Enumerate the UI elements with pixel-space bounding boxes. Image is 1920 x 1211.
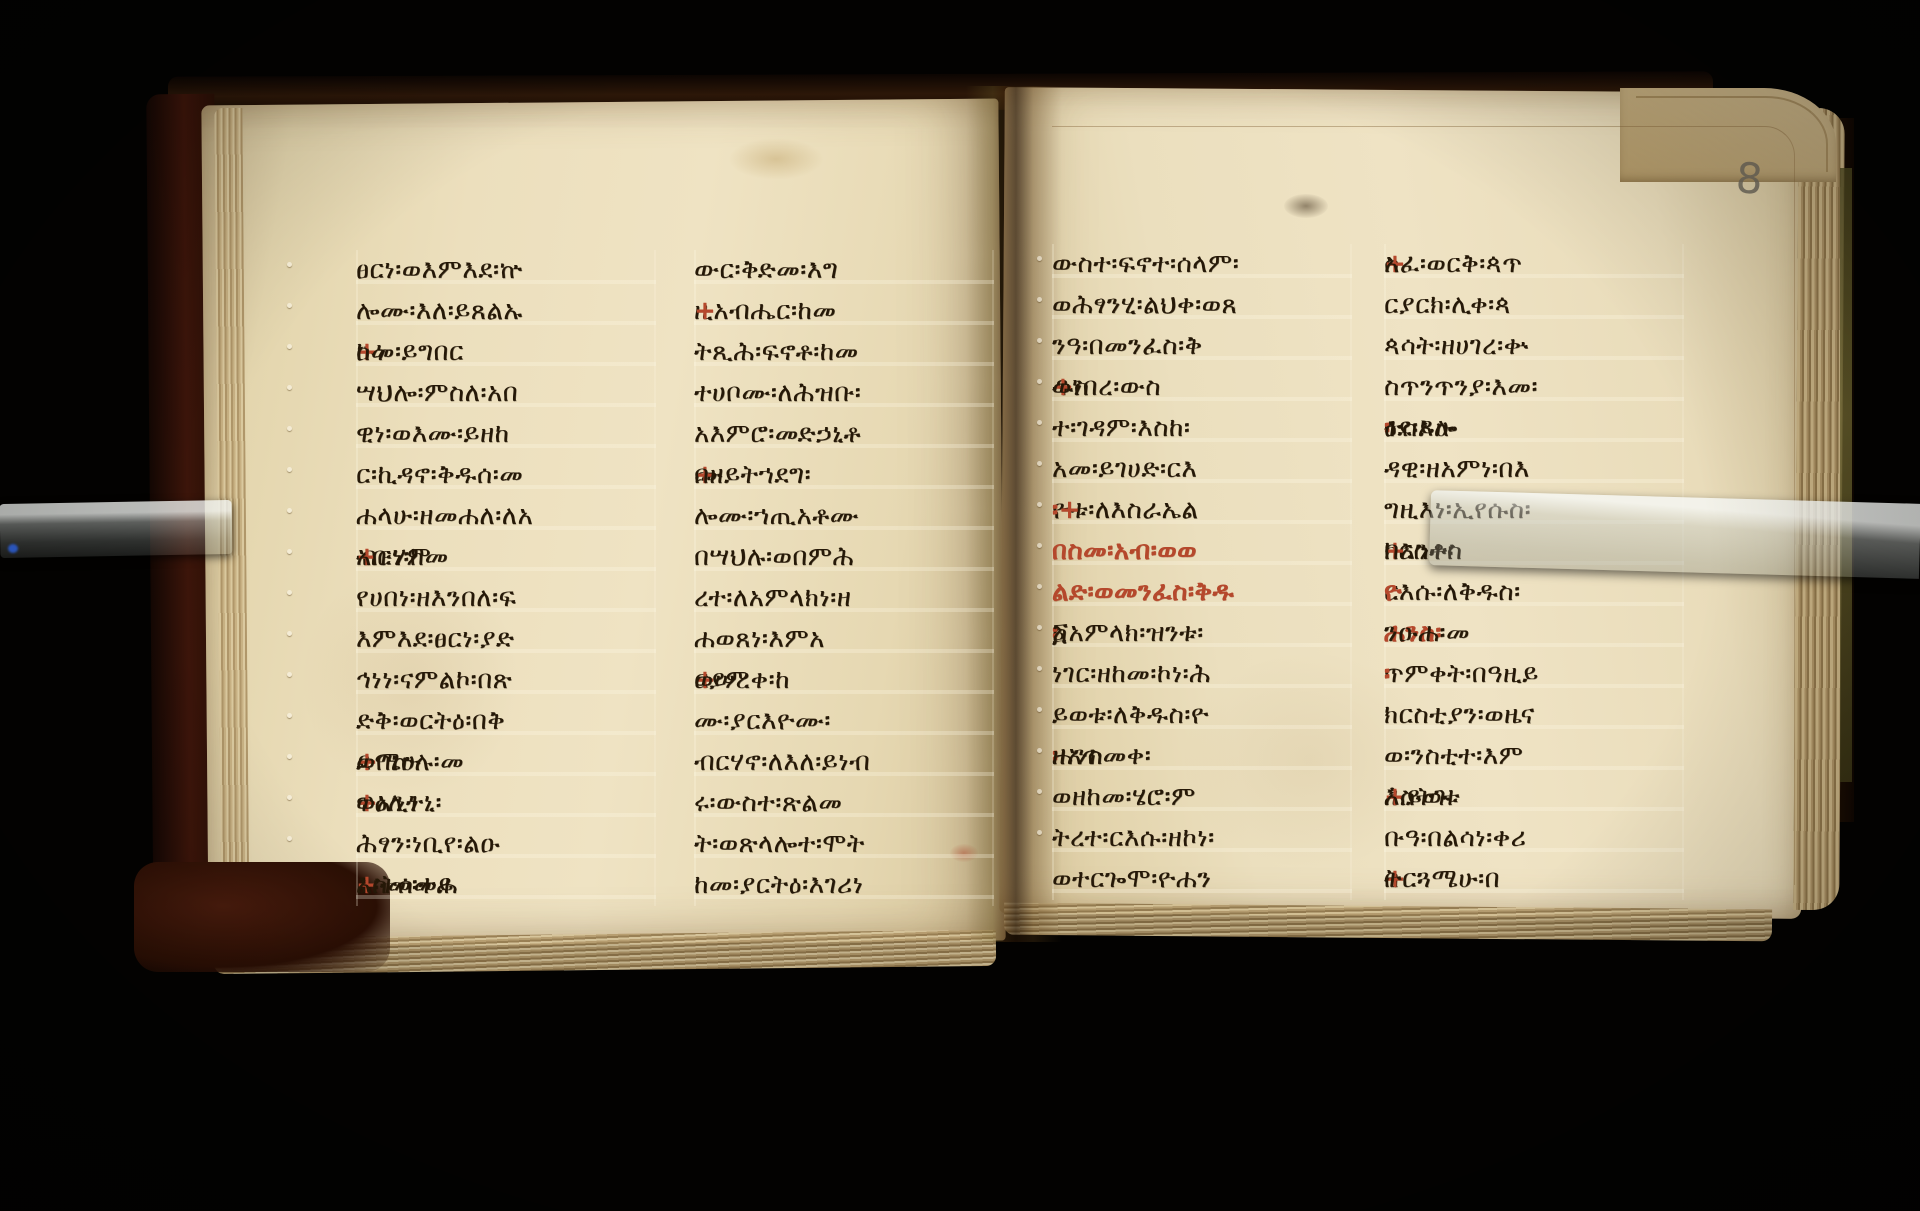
text-line: ድቅ፡ወርትዕ፡በቅ: [356, 701, 656, 742]
text-line: ርያም+ወሠረቀ፡ከ: [694, 660, 994, 701]
pricking-hole: [1037, 502, 1042, 507]
ink-run: ዊነ፡ወእሙ፡ይዘከ: [356, 414, 509, 455]
ink-blot: [1284, 194, 1328, 218]
text-line: ዮቱ፡ለእስራኤል፡+: [1052, 490, 1352, 531]
text-line: አመ፡ይገሀድ፡ርእ: [1052, 449, 1352, 490]
right-page-bottom-edges: [1004, 903, 1772, 942]
ink-run: ክርስቲያን፡ወዜና: [1384, 695, 1535, 736]
text-line: ርእሱ፡ለቅዱስ፡ዮ: [1384, 572, 1684, 613]
pricking-hole: [287, 631, 292, 636]
text-column-4: ስ+አፈ፡ወርቅ፡ጳጥርያርክ፡ሊቀ፡ጳጳሳት፡ዘሀገረ፡ቍስጥንጥንያ፡እመ፡…: [1384, 244, 1684, 900]
text-line: ወዘከመ፡ሄሮ፡ም: [1052, 777, 1352, 818]
book-weight-strip-left: [0, 500, 232, 558]
text-line: በስመ፡አብ፡ወወ: [1052, 531, 1352, 572]
ink-run: አመ፡ይገሀድ፡ርእ: [1052, 449, 1197, 490]
text-line: ይወቱ፡ለቅዱስ፡ዮ: [1052, 695, 1352, 736]
pricking-hole: [1037, 625, 1042, 630]
text-line: ክርስቲያን፡ወዜና: [1384, 695, 1684, 736]
ink-run: ፀርነ፡ወእምእደ፡ኵ: [356, 250, 523, 291]
pricking-hole: [1037, 256, 1042, 261]
text-line: ት፡ወጽላሎተ፡ሞት: [694, 824, 994, 865]
text-line: ሩ፡ውስተ፡ጽልመ: [694, 783, 994, 824]
cover-corner-bottom-left: [134, 862, 390, 972]
ink-run: ሎሙ፡ኀጢአቶሙ: [694, 496, 859, 537]
text-line: ውስተ፡ፍኖተ፡ሰላም፡: [1052, 244, 1352, 285]
text-column-2: ውር፡ቅድመ፡እግዚአብሔር፡ከመ+ትጺሕ፡ፍኖቶ፡ከመተሀቦሙ፡ለሕዝቡ፡አእ…: [694, 250, 994, 906]
ink-run: ቡዓ፡በልሳነ፡ቀሪ: [1384, 818, 1526, 859]
ink-run: ወ፡ንስቲተ፡እም: [1384, 736, 1523, 777]
text-line: ነገር፡ዘከመ፡ኮነ፡ሕ: [1052, 654, 1352, 695]
ink-run: ትርጓሜሁ፡በ: [1384, 859, 1500, 900]
ink-run: ከመ፡ይግበር: [356, 332, 464, 373]
ink-run: ወበኵሉ፡መ: [356, 742, 464, 783]
ink-run: ንዑሐ፡መ: [1384, 613, 1470, 654]
ink-run: እምእደ፡ፀርነ፡ያድ: [356, 619, 514, 660]
text-line: አእምሮ፡መድኃኒቶ: [694, 414, 994, 455]
ink-run: ትረተ፡ርእሱ፡ዘኮነ፡: [1052, 818, 1215, 859]
text-column-3: ውስተ፡ፍኖተ፡ሰላም፡ወሕፃንሂ፡ልህቀ፡ወጸንዓ፡በመንፈስ፡ቅዱስ+ወነበ…: [1052, 244, 1352, 900]
ink-run: አቡነ፡ከመ: [356, 537, 449, 578]
rubric-run: ልድ፡ወመንፈስ፡ቅዱ: [1052, 572, 1234, 613]
text-line: ዊነ፡ወእሙ፡ይዘከ: [356, 414, 656, 455]
pricking-hole: [287, 467, 292, 472]
text-line: ብርሃኖ፡ለእለ፡ይነብ: [694, 742, 994, 783]
manuscript-photo: ፀርነ፡ወእምእደ፡ኵሎሙ፡እለ፡ይጸልኡዑነ+ከመ፡ይግበርሣህሎ፡ምስለ፡አ…: [0, 0, 1920, 1211]
text-line: ወ፡ንስቲተ፡እም: [1384, 736, 1684, 777]
pricking-hole: [287, 344, 292, 349]
ink-run: ሣህሎ፡ምስለ፡አበ: [356, 373, 518, 414]
pricking-hole: [1037, 707, 1042, 712]
fore-edge-highlight: [1840, 168, 1852, 782]
text-line: ንዓ፡በመንፈስ፡ቅ: [1052, 326, 1352, 367]
text-line: ሣህሎ፡ምስለ፡አበ: [356, 373, 656, 414]
ink-run: በዘይትኀደግ፡: [694, 455, 811, 496]
text-line: ተ፡ገዳም፡እስከ፡: [1052, 408, 1352, 449]
ink-run: ዘአጥመቀ፡: [1052, 736, 1151, 777]
text-line: እምእደ፡ፀርነ፡ያድ: [356, 619, 656, 660]
ink-run: አእምሮ፡መድኃኒቶ: [694, 414, 861, 455]
ink-run: ወተርጐሞ፡ዮሐን: [1052, 859, 1211, 900]
pricking-hole: [1037, 830, 1042, 835]
text-line: በ+ትርጓሜሁ፡በ: [1384, 859, 1684, 900]
text-line: ልድ፡ወመንፈስ፡ቅዱ: [1052, 572, 1352, 613]
text-line: ረተ፡ለአምላክነ፡ዘ: [694, 578, 994, 619]
ink-run: ጳሳት፡ዘሀገረ፡ቍ: [1384, 326, 1529, 367]
text-line: ጥምቀት፡በዓዚይ፡: [1384, 654, 1684, 695]
ink-run: ስጥንጥንያ፡እመ፡: [1384, 367, 1538, 408]
text-line: ሐንስ፡ንዑሐ፡መ: [1384, 613, 1684, 654]
ink-run: ነገር፡ዘከመ፡ኮነ፡ሕ: [1052, 654, 1211, 695]
ink-run: ውስተ፡ፍኖተ፡ሰላም፡: [1052, 244, 1239, 285]
ink-run: ረተ፡ለአምላክነ፡ዘ: [694, 578, 851, 619]
pricking-hole: [287, 262, 292, 267]
text-line: ትጺሕ፡ፍኖቶ፡ከመ: [694, 332, 994, 373]
ink-run: ትጺሕ፡ፍኖቶ፡ከመ: [694, 332, 859, 373]
text-line: በሣህሉ፡ወበምሕ: [694, 537, 994, 578]
ink-run: ርእሱ፡ለቅዱስ፡: [1384, 572, 1521, 613]
pencil-page-number: 8: [1734, 153, 1764, 204]
ink-run: ሙ፡ያርእዮሙ፡: [694, 701, 831, 742]
ink-run: ወነበረ፡ውስ: [1052, 367, 1161, 408]
text-line: የሀበነ፡ዘእንበለ፡ፍ: [356, 578, 656, 619]
rubric-run: ፡: [1384, 654, 1391, 695]
ink-run: እስትጉ: [1384, 777, 1451, 818]
ink-run: የሀበነ፡ዘእንበለ፡ፍ: [356, 578, 516, 619]
text-line: ሐንስ፡ዘአጥመቀ፡: [1052, 736, 1352, 777]
text-line: ሕፃን፡ነቢየ፡ልዑ: [356, 824, 656, 865]
text-line: ቡዓ፡በልሳነ፡ቀሪ: [1384, 818, 1684, 859]
text-line: ተሀቦሙ፡ለሕዝቡ፡: [694, 373, 994, 414]
ink-run: ዳዊ፡ዘአምነ፡በእ: [1384, 449, 1530, 490]
rubric-run: ዮ: [1384, 572, 1402, 613]
text-column-1: ፀርነ፡ወእምእደ፡ኵሎሙ፡እለ፡ይጸልኡዑነ+ከመ፡ይግበርሣህሎ፡ምስለ፡አ…: [356, 250, 656, 906]
ink-run: ዕደ፡ይሁ: [1384, 408, 1455, 449]
ink-run: ሎሙ፡እለ፡ይጸልኡ: [356, 291, 523, 332]
text-line: ጳሳት፡ዘሀገረ፡ቍ: [1384, 326, 1684, 367]
text-line: ዱስ+ወነበረ፡ውስ: [1052, 367, 1352, 408]
text-line: ከመ፡ያርትዕ፡እገሪነ: [694, 865, 994, 906]
blue-speck: [8, 544, 18, 553]
book-weight-strip-right: [1429, 490, 1920, 579]
text-line: ስ፡፩አምላክ፡ዝንቱ፡: [1052, 613, 1352, 654]
pricking-hole: [1037, 748, 1042, 753]
pricking-hole: [1037, 666, 1042, 671]
rubric-run: +: [694, 291, 716, 332]
pricking-hole: [287, 795, 292, 800]
ink-run: ሩ፡ውስተ፡ጽልመ: [694, 783, 842, 824]
text-line: ር፡ኪዳኖ፡ቅዱሰ፡መ: [356, 455, 656, 496]
text-line: ሐወጸነ፡እምአ: [694, 619, 994, 660]
pricking-hole: [287, 303, 292, 308]
rubric-run: በስመ፡አብ፡ወወ: [1052, 531, 1197, 572]
text-line: ሎሙ፡እለ፡ይጸልኡ: [356, 291, 656, 332]
pricking-hole: [287, 713, 292, 718]
text-line: ትረተ፡ርእሱ፡ዘኮነ፡: [1052, 818, 1352, 859]
ink-run: ብርሃኖ፡ለእለ፡ይነብ: [694, 742, 870, 783]
ink-run: ሕፃን፡ነቢየ፡ልዑ: [356, 824, 500, 865]
ink-run: ሐላሁ፡ዘመሐለ፡ለአ: [356, 496, 533, 537]
ink-run: ወሠረቀ፡ከ: [694, 660, 790, 701]
pricking-hole: [1037, 789, 1042, 794]
pricking-hole: [1037, 297, 1042, 302]
ink-run: ወዘከመ፡ሄሮ፡ም: [1052, 777, 1196, 818]
text-line: ወተርጐሞ፡ዮሐን: [1052, 859, 1352, 900]
ink-run: አፈ፡ወርቅ፡ጳጥ: [1384, 244, 1522, 285]
pricking-hole: [1037, 420, 1042, 425]
pricking-hole: [287, 385, 292, 390]
pricking-hole: [1037, 338, 1042, 343]
text-line: ድሜሁ+ወበኵሉ፡መ: [356, 742, 656, 783]
text-line: ወሕፃንሂ፡ልህቀ፡ወጸ: [1052, 285, 1352, 326]
text-line: ፀርነ፡ወእምእደ፡ኵ: [356, 250, 656, 291]
ink-run: ፩አምላክ፡ዝንቱ፡: [1052, 613, 1204, 654]
pricking-hole: [287, 549, 292, 554]
text-line: ውር፡ቅድመ፡እግ: [694, 250, 994, 291]
pricking-hole: [287, 590, 292, 595]
pricking-hole: [1037, 461, 1042, 466]
ink-run: ሐወጸነ፡እምአ: [694, 619, 825, 660]
ink-run: ተ፡ገዳም፡እስከ፡: [1052, 408, 1190, 449]
ink-run: ከመ፡ያርትዕ፡እገሪነ: [694, 865, 863, 906]
text-line: ኅነነ፡ናምልኮ፡በጽ: [356, 660, 656, 701]
ink-run: ወአንተኒ፡: [356, 783, 442, 824]
pricking-hole: [287, 508, 292, 513]
text-line: ብርሃም+አቡነ፡ከመ: [356, 537, 656, 578]
ink-run: እስመ፡ተሐ: [356, 865, 458, 906]
text-line: ሙ+በዘይትኀደግ፡: [694, 455, 994, 496]
text-line: ዑነ+ከመ፡ይግበር: [356, 332, 656, 373]
pricking-hole: [1037, 543, 1042, 548]
ink-run: ድቅ፡ወርትዕ፡በቅ: [356, 701, 505, 742]
text-line: ዚአብሔር፡ከመ+: [694, 291, 994, 332]
pricking-hole: [287, 426, 292, 431]
pricking-hole: [1037, 584, 1042, 589]
parchment-stain: [728, 138, 824, 180]
text-line: ሕይወቱ+እስትጉ: [1384, 777, 1684, 818]
pricking-hole: [1037, 379, 1042, 384]
ink-run: ይወቱ፡ለቅዱስ፡ዮ: [1052, 695, 1209, 736]
text-line: ስጥንጥንያ፡እመ፡: [1384, 367, 1684, 408]
text-line: ል፡ትሰመይ+እስመ፡ተሐ: [356, 865, 656, 906]
ink-run: ወሕፃንሂ፡ልህቀ፡ወጸ: [1052, 285, 1237, 326]
text-line: ስ+አፈ፡ወርቅ፡ጳጥ: [1384, 244, 1684, 285]
ink-run: ተሀቦሙ፡ለሕዝቡ፡: [694, 373, 861, 414]
ink-run: ኅነነ፡ናምልኮ፡በጽ: [356, 660, 512, 701]
ink-run: ት፡ወጽላሎተ፡ሞት: [694, 824, 865, 865]
ink-run: ንዓ፡በመንፈስ፡ቅ: [1052, 326, 1203, 367]
ink-run: በሣህሉ፡ወበምሕ: [694, 537, 854, 578]
ink-run: ጥምቀት፡በዓዚይ: [1384, 654, 1539, 695]
text-line: ርያርክ፡ሊቀ፡ጳ: [1384, 285, 1684, 326]
ink-run: ርያርክ፡ሊቀ፡ጳ: [1384, 285, 1511, 326]
pricking-hole: [287, 672, 292, 677]
text-line: ዋዕሊነ+ወአንተኒ፡: [356, 783, 656, 824]
text-line: ዳዊ፡ዘአምነ፡በእ: [1384, 449, 1684, 490]
text-line: ሎሙ፡ኀጢአቶሙ: [694, 496, 994, 537]
pricking-hole: [287, 754, 292, 759]
text-line: ሙ፡ያርእዮሙ፡: [694, 701, 994, 742]
text-line: ተስእሎ፡ዕደ፡ይሁ: [1384, 408, 1684, 449]
text-line: ሐላሁ፡ዘመሐለ፡ለአ: [356, 496, 656, 537]
pricking-hole: [287, 836, 292, 841]
ink-run: ውር፡ቅድመ፡እግ: [694, 250, 838, 291]
rubric-run: ፡+: [1052, 490, 1081, 531]
ink-run: ር፡ኪዳኖ፡ቅዱሰ፡መ: [356, 455, 523, 496]
